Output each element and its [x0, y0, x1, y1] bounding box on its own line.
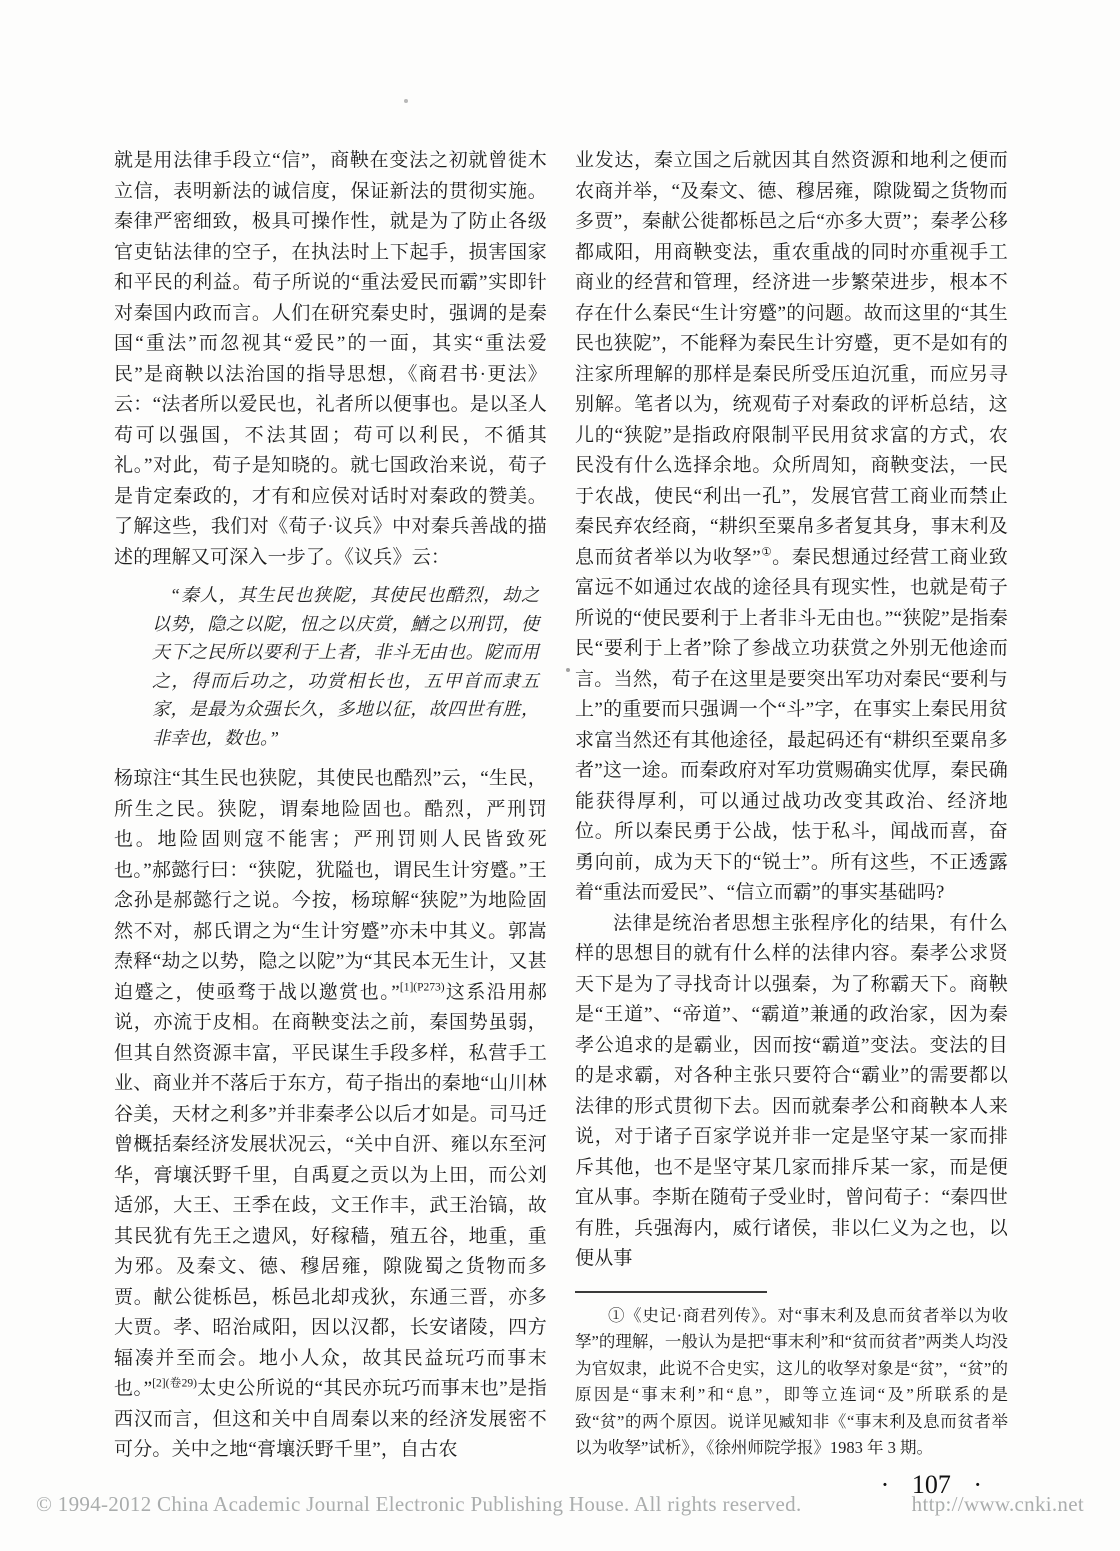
right-column: 业发达，秦立国之后就因其自然资源和地利之便而农商并举，“及秦文、德、穆居雍，隙陇…	[575, 146, 1008, 1500]
footnote-separator	[575, 1291, 767, 1293]
paragraph-text: 太史公所说的“其民亦玩巧而事末也”是指西汉而言，但这和关中自周秦以来的经济发展密…	[114, 1378, 547, 1460]
paragraph-text: 杨琼注“其生民也狭阸，其使民也酷烈”云，“生民，所生之民。狭阸，谓秦地险固也。酷…	[114, 768, 547, 1003]
body-paragraph: 杨琼注“其生民也狭阸，其使民也酷烈”云，“生民，所生之民。狭阸，谓秦地险固也。酷…	[114, 764, 547, 1466]
footnote-text: ①《史记·商君列传》。对“事末利及息而贫者举以为收孥”的理解，一般认为是把“事末…	[575, 1303, 1008, 1462]
copyright-text: © 1994-2012 China Academic Journal Elect…	[36, 1492, 802, 1517]
watermark-footer: © 1994-2012 China Academic Journal Elect…	[0, 1492, 1120, 1517]
body-paragraph: 业发达，秦立国之后就因其自然资源和地利之便而农商并举，“及秦文、德、穆居雍，隙陇…	[575, 146, 1008, 909]
journal-page-scan: 就是用法律手段立“信”，商鞅在变法之初就曾徙木立信，表明新法的诚信度，保证新法的…	[0, 0, 1120, 1551]
footnote-marker: ①	[761, 546, 772, 558]
citation-ref: [2](卷29)	[152, 1378, 197, 1390]
scan-artifact-dot	[566, 668, 570, 672]
body-paragraph: 法律是统治者思想主张程序化的结果，有什么样的思想目的就有什么样的法律内容。秦孝公…	[575, 909, 1008, 1275]
scan-artifact-dot	[404, 99, 408, 103]
paragraph-text: 业发达，秦立国之后就因其自然资源和地利之便而农商并举，“及秦文、德、穆居雍，隙陇…	[575, 150, 1008, 568]
body-paragraph: 就是用法律手段立“信”，商鞅在变法之初就曾徙木立信，表明新法的诚信度，保证新法的…	[114, 146, 547, 573]
left-column: 就是用法律手段立“信”，商鞅在变法之初就曾徙木立信，表明新法的诚信度，保证新法的…	[114, 146, 547, 1466]
citation-ref: [1](P273)	[400, 981, 445, 993]
cnki-url: http://www.cnki.net	[912, 1492, 1084, 1517]
paragraph-text: 。秦民想通过经营工商业致富远不如通过农战的途径具有现实性，也就是荀子所说的“使民…	[575, 547, 1008, 904]
paragraph-text: 这系沿用郝说，亦流于皮相。在商鞅变法之前，秦国势虽弱，但其自然资源丰富，平民谋生…	[114, 982, 547, 1400]
block-quote-yibing: “秦人，其生民也狭阸，其使民也酷烈，劫之以势，隐之以阸，忸之以庆赏，鰌之以刑罚，…	[152, 581, 539, 752]
